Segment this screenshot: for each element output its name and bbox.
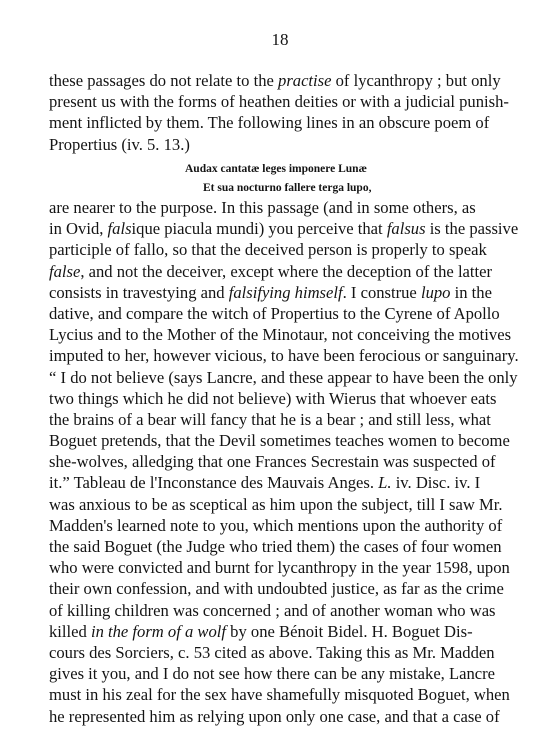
text-line: these passages do not relate to the prac… — [49, 70, 467, 91]
text-line: of killing children was concerned ; and … — [49, 600, 467, 621]
text-line: in Ovid, falsique piacula mundi) you per… — [49, 218, 467, 239]
text-line: the brains of a bear will fancy that he … — [49, 409, 467, 430]
text-line: false, and not the deceiver, except wher… — [49, 261, 467, 282]
text-line: she-wolves, alledging that one Frances S… — [49, 451, 467, 472]
paragraph-1: these passages do not relate to the prac… — [49, 70, 467, 155]
text-line: was anxious to be as sceptical as him up… — [49, 494, 467, 515]
text-line: he represented him as relying upon only … — [49, 706, 467, 727]
text-line: present us with the forms of heathen dei… — [49, 91, 467, 112]
paragraph-2: are nearer to the purpose. In this passa… — [49, 197, 467, 727]
text-line: Lycius and to the Mother of the Minotaur… — [49, 324, 467, 345]
text-line: dative, and compare the witch of Propert… — [49, 303, 467, 324]
text-line: Propertius (iv. 5. 13.) — [49, 134, 467, 155]
text-line: “ I do not believe (says Lancre, and the… — [49, 367, 467, 388]
text-line: ment inflicted by them. The following li… — [49, 112, 467, 133]
text-line: killed in the form of a wolf by one Béno… — [49, 621, 467, 642]
text-line: must in his zeal for the sex have shamef… — [49, 684, 467, 705]
text-line: Boguet pretends, that the Devil sometime… — [49, 430, 467, 451]
text-line: the said Boguet (the Judge who tried the… — [49, 536, 467, 557]
text-line: two things which he did not believe) wit… — [49, 388, 467, 409]
text-line: who were convicted and burnt for lycanth… — [49, 557, 467, 578]
text-line: their own confession, and with undoubted… — [49, 578, 467, 599]
page-number: 18 — [0, 30, 560, 50]
text-line: participle of fallo, so that the deceive… — [49, 239, 467, 260]
text-line: gives it you, and I do not see how there… — [49, 663, 467, 684]
text-line: it.” Tableau de l'Inconstance des Mauvai… — [49, 472, 467, 493]
text-line: cours des Sorciers, c. 53 cited as above… — [49, 642, 467, 663]
text-line: consists in travestying and falsifying h… — [49, 282, 467, 303]
verse-line-1: Audax cantatæ leges imponere Lunæ — [185, 160, 367, 178]
text-line: Madden's learned note to you, which ment… — [49, 515, 467, 536]
text-line: imputed to her, however vicious, to have… — [49, 345, 467, 366]
text-line: are nearer to the purpose. In this passa… — [49, 197, 467, 218]
verse-line-2: Et sua nocturno fallere terga lupo, — [203, 179, 371, 197]
